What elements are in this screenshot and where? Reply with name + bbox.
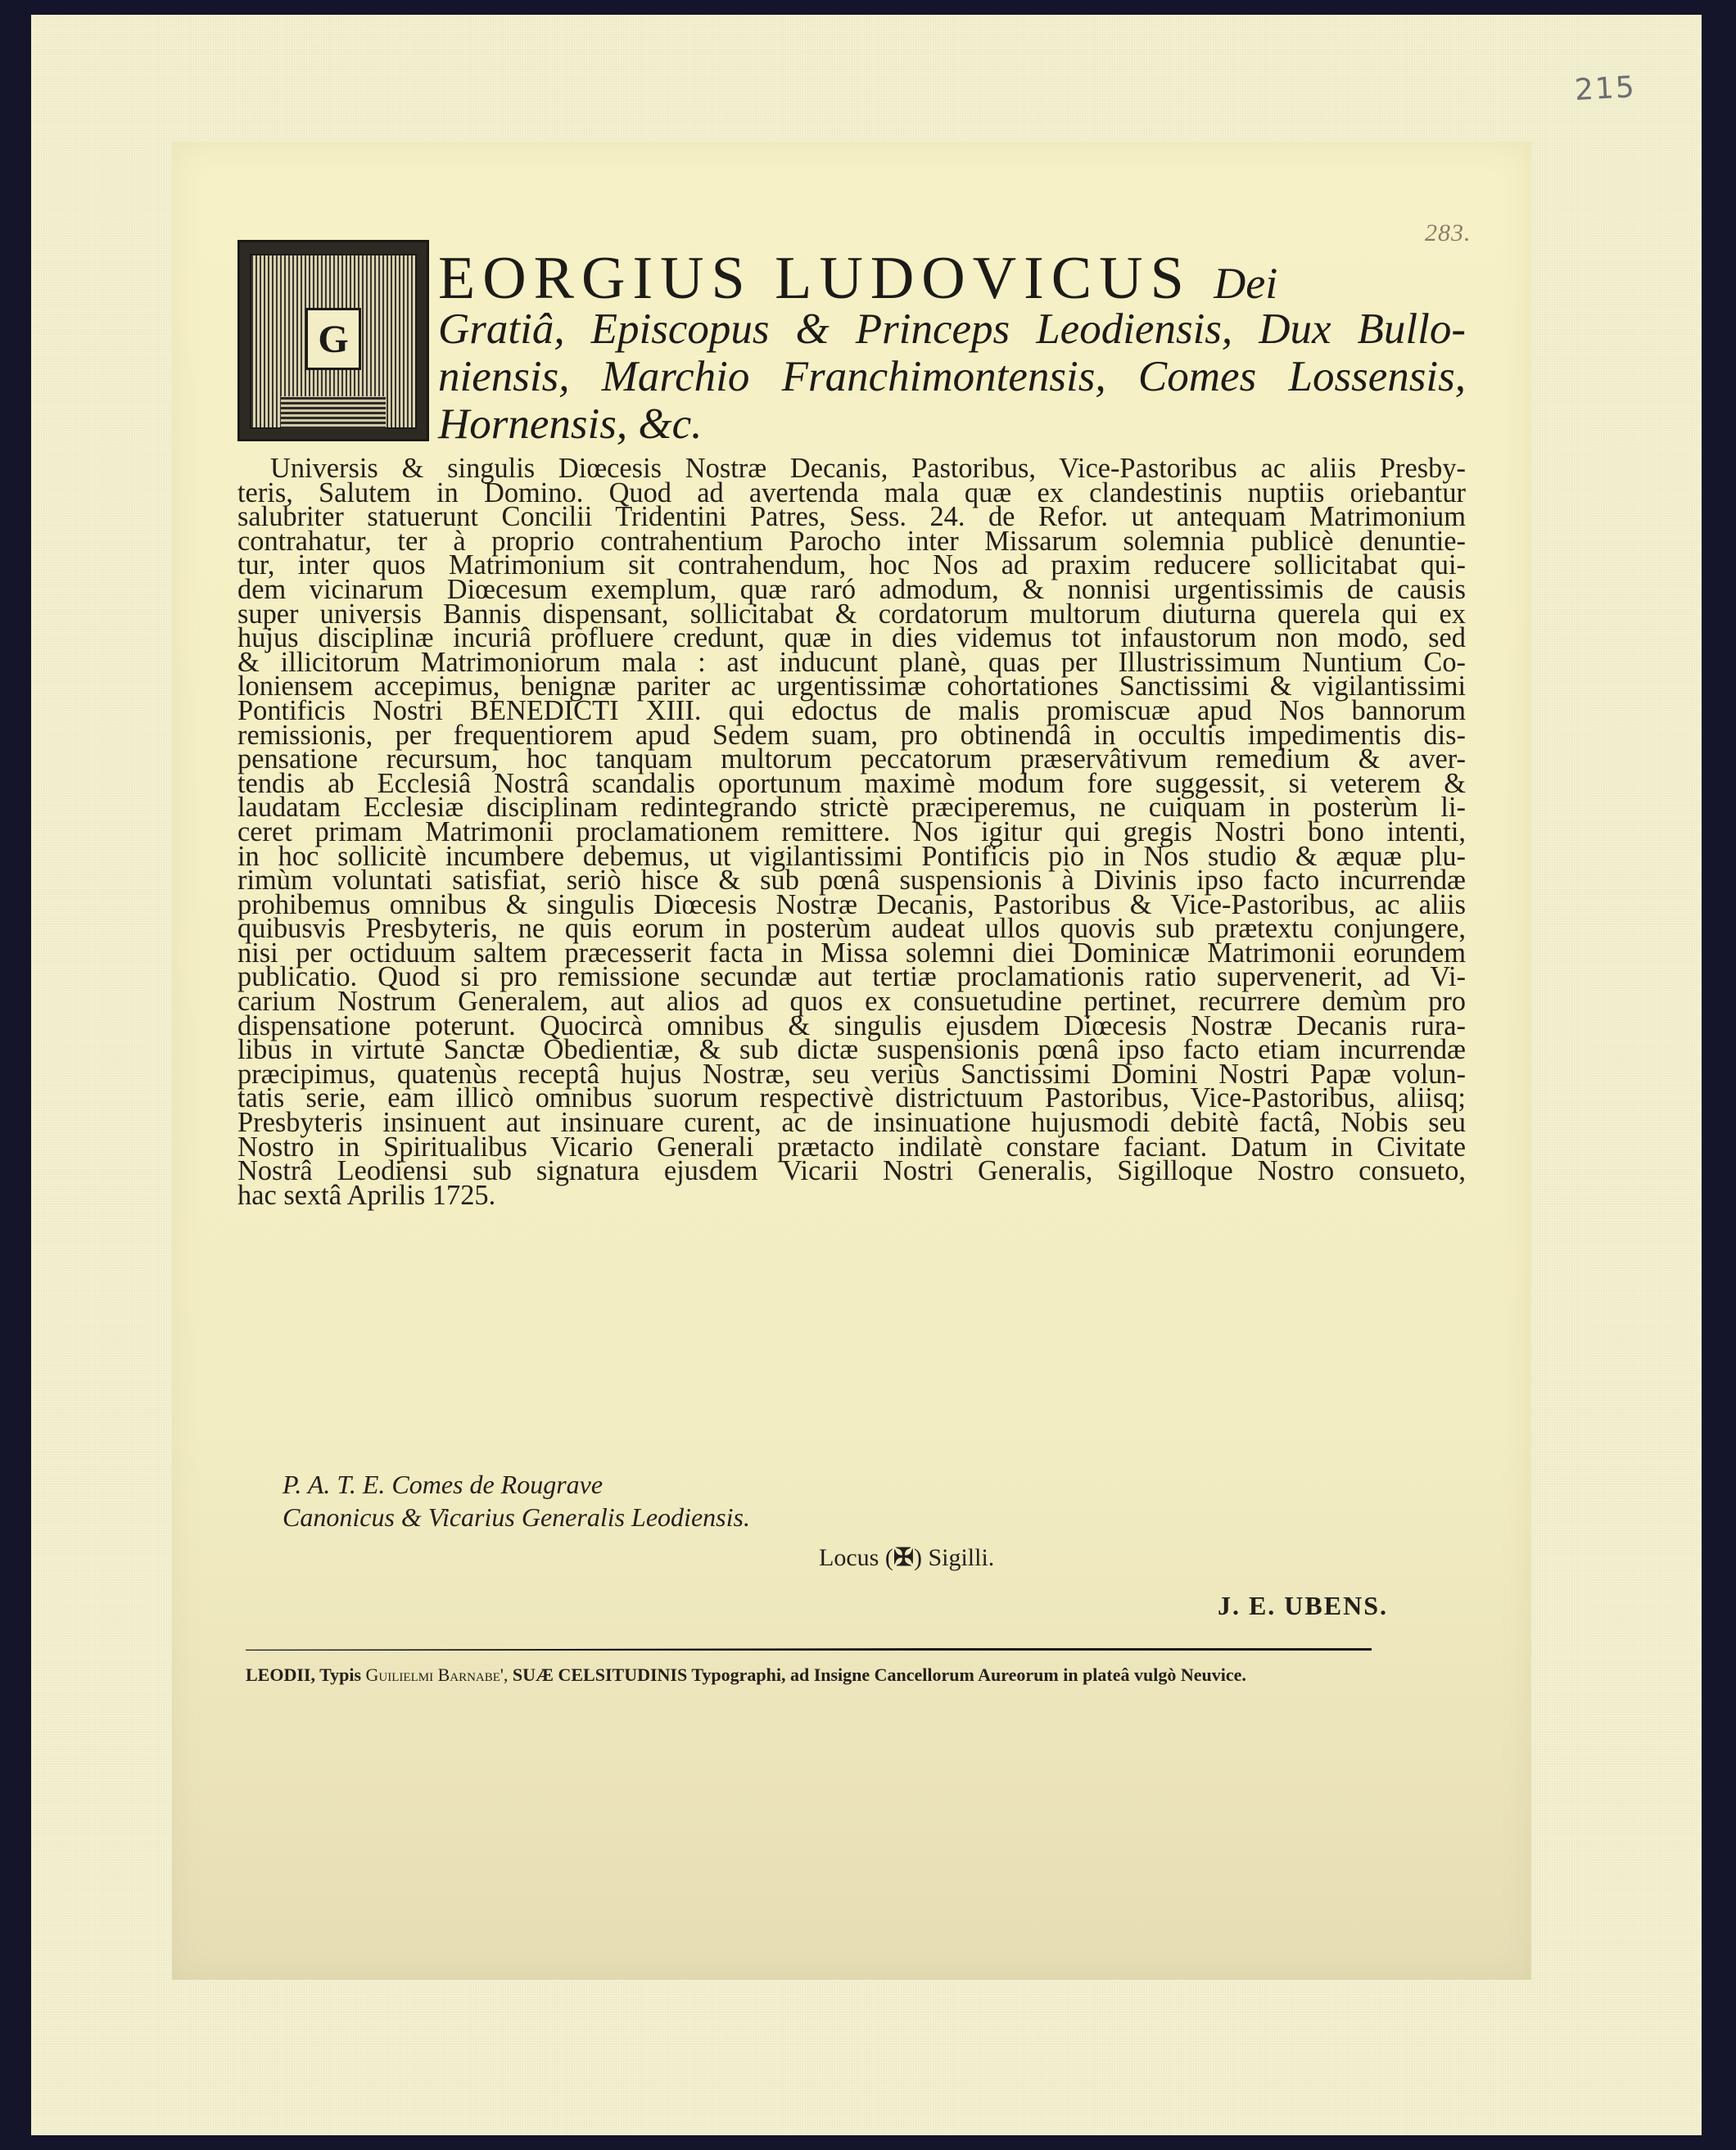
vicar-signature-block: P. A. T. E. Comes de Rougrave Canonicus … <box>283 1468 750 1533</box>
vicar-name: P. A. T. E. Comes de Rougrave <box>283 1468 750 1501</box>
imprint-city: LEODII, Typis <box>246 1664 361 1685</box>
title-styles: Gratiâ, Episcopus & Princeps Leodiensis,… <box>438 305 1466 448</box>
printer-imprint: LEODII, Typis Guilielmi Barnabe', SUÆ CE… <box>246 1664 1376 1686</box>
imprint-printer-first: Guilielmi <box>366 1664 434 1685</box>
cross-pattee-icon: ✠ <box>893 1544 914 1571</box>
divider-rule <box>246 1648 1372 1651</box>
archive-number-annotation: 215 <box>1574 70 1637 107</box>
mounting-paper: 215 283. G EORGIUS LUDOVICUS Dei Gratiâ,… <box>31 15 1702 2135</box>
decorated-initial-woodcut: G <box>237 240 429 441</box>
document-header: G EORGIUS LUDOVICUS Dei Gratiâ, Episcopu… <box>237 240 1466 445</box>
woodcut-stage-icon <box>281 396 386 429</box>
title-caps: EORGIUS LUDOVICUS Dei <box>438 248 1277 309</box>
printed-ordinance-sheet: 283. G EORGIUS LUDOVICUS Dei Gratiâ, Epi… <box>172 142 1531 1980</box>
title-name: EORGIUS LUDOVICUS <box>438 245 1191 312</box>
seal-location: Locus (✠) Sigilli. <box>819 1543 994 1572</box>
seal-suffix: ) Sigilli. <box>914 1544 994 1571</box>
vicar-title: Canonicus & Vicarius Generalis Leodiensi… <box>283 1501 750 1533</box>
ordinance-body: Universis & singulis Diœcesis Nostræ Dec… <box>237 457 1466 1208</box>
initial-letter: G <box>305 308 361 370</box>
imprint-rest: SUÆ CELSITUDINIS Typographi, ad Insigne … <box>513 1664 1246 1685</box>
imprint-printer-last: Barnabe', <box>438 1664 509 1685</box>
seal-prefix: Locus ( <box>819 1544 893 1571</box>
secretary-signature: J. E. UBENS. <box>1218 1591 1388 1621</box>
title-dei: Dei <box>1214 259 1277 308</box>
body-line-date: hac sextâ Aprilis 1725. <box>237 1184 1466 1208</box>
